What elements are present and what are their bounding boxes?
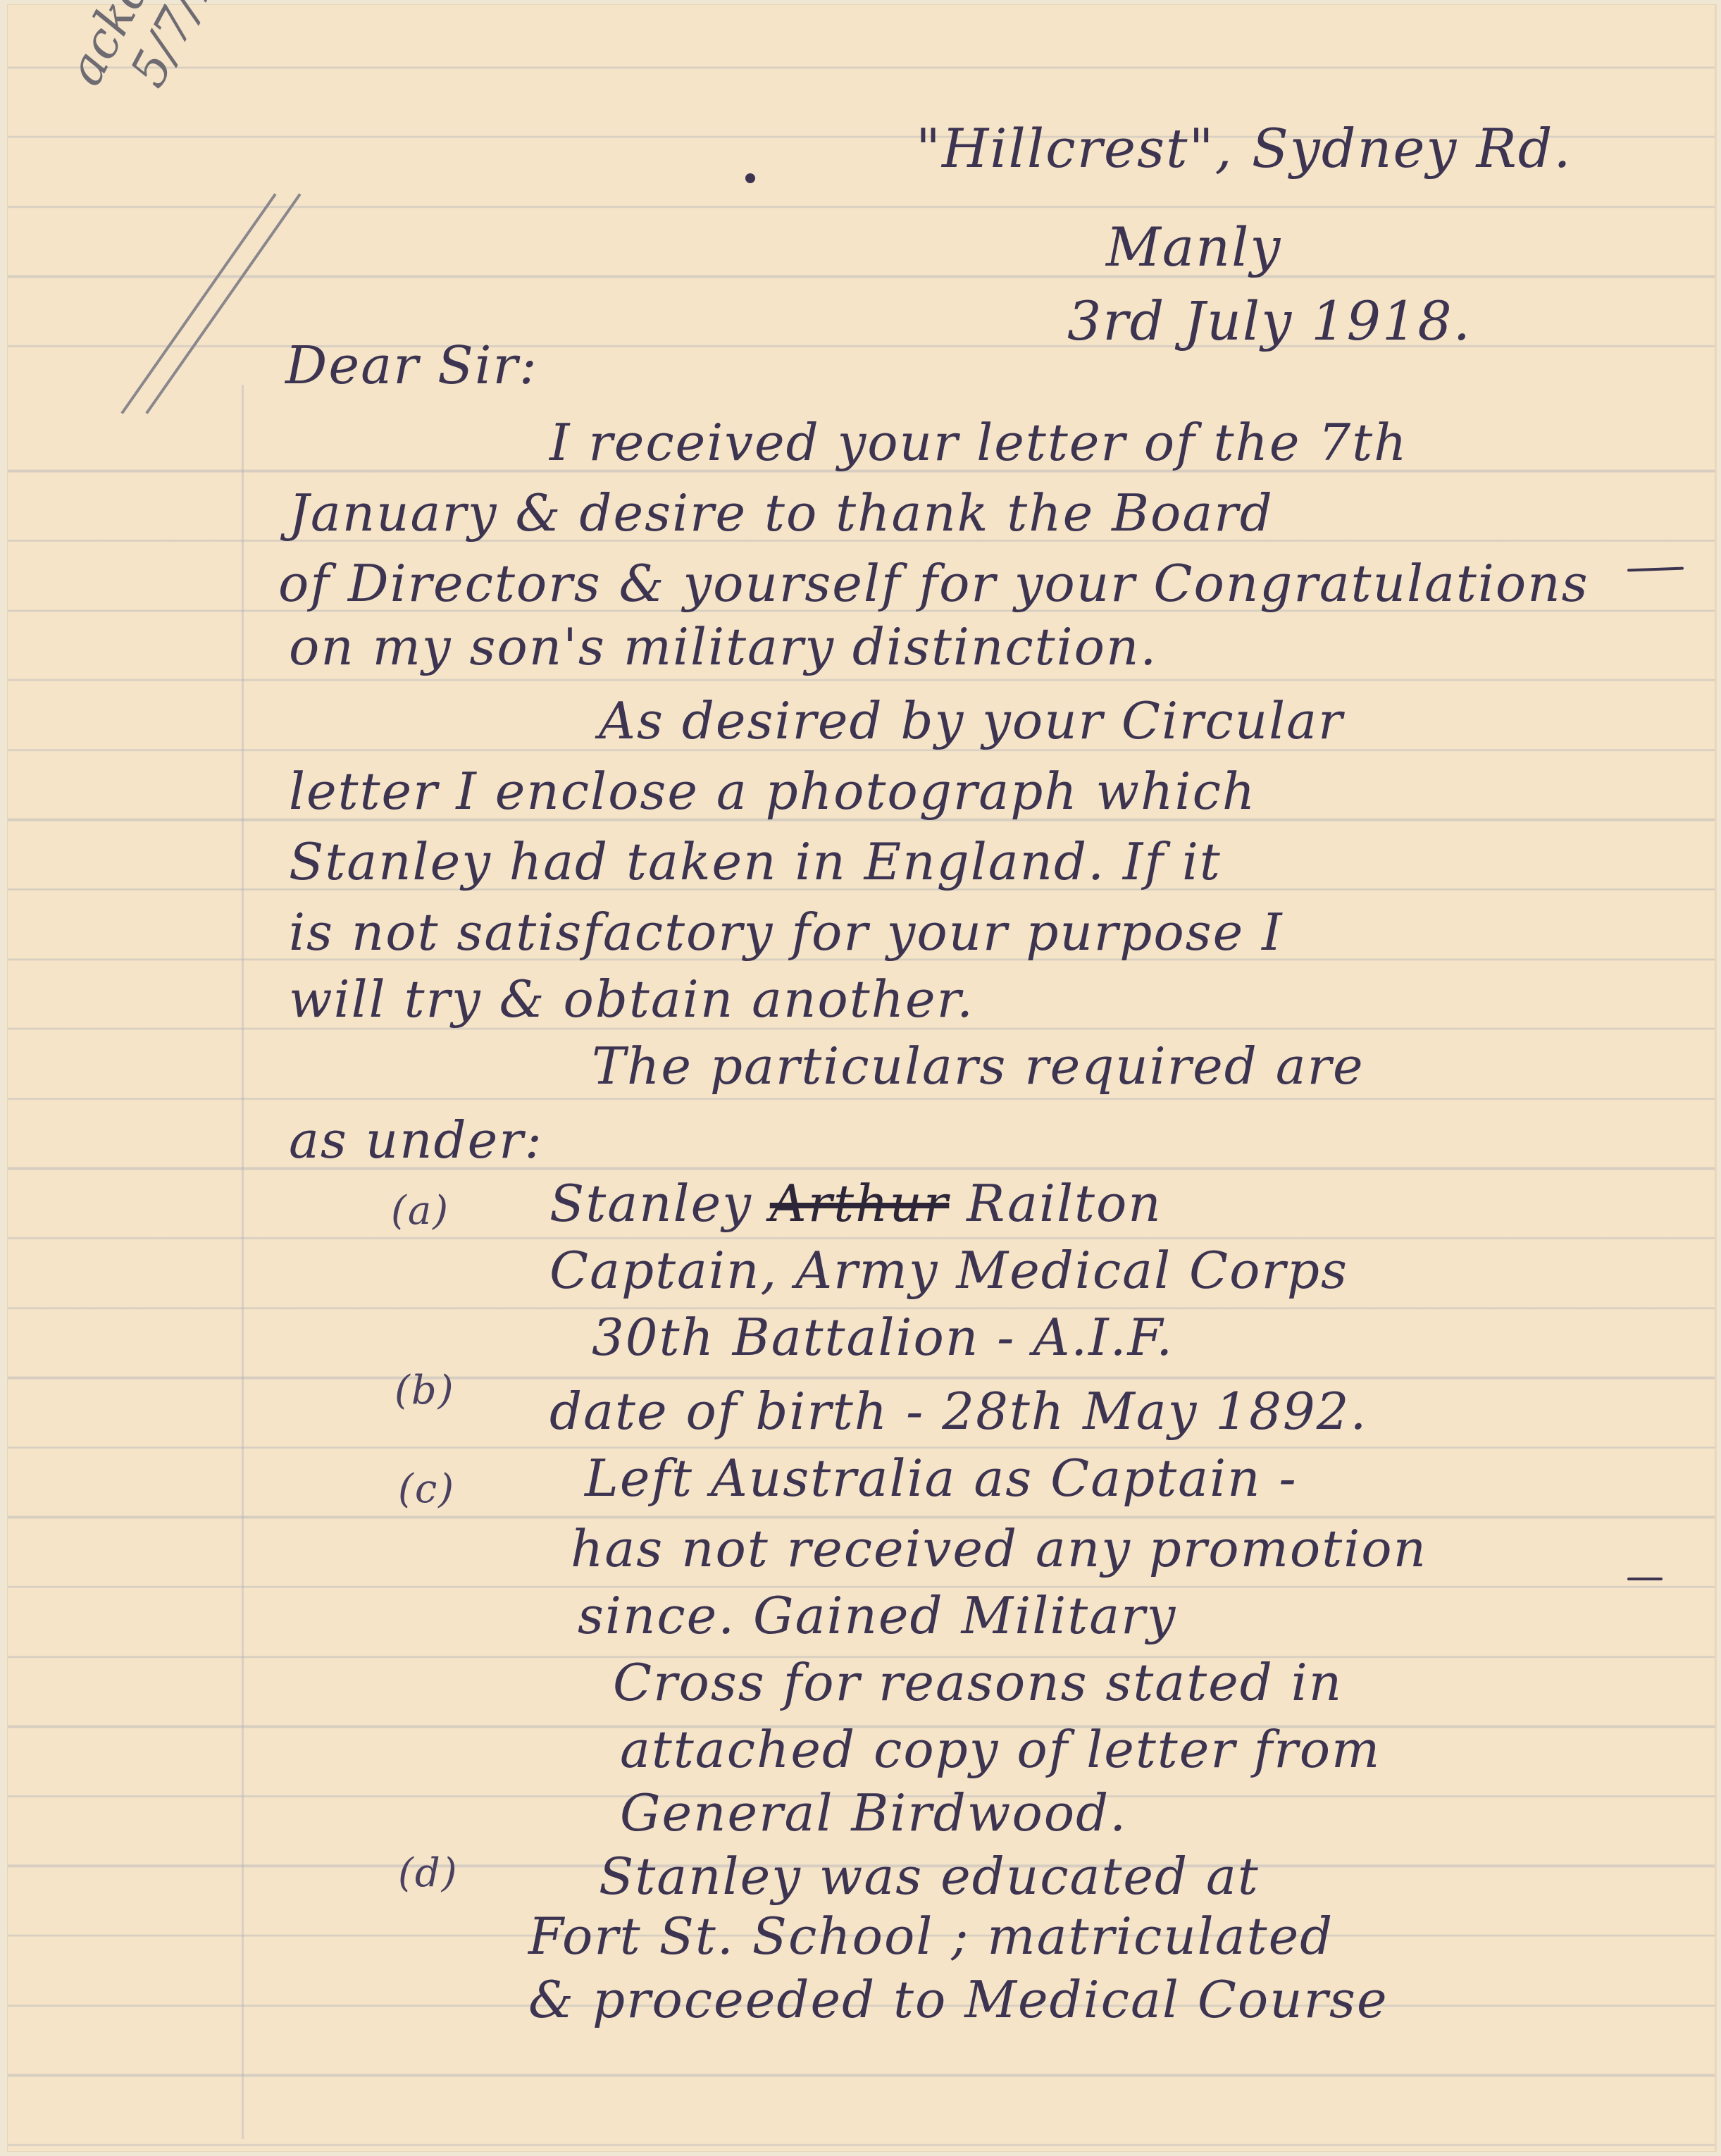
particular-line: Left Australia as Captain - <box>585 1449 1298 1508</box>
body-line: is not satisfactory for your purpose I <box>289 903 1284 962</box>
list-marker: (d) <box>398 1850 459 1896</box>
particular-name: Stanley Arthur Railton <box>549 1174 1162 1233</box>
pencil-slash-mark <box>120 193 276 414</box>
letter-sheet: ackd 5/7/18 "Hillcrest", Sydney Rd. Manl… <box>7 4 1715 2152</box>
body-line: on my son's military distinction. <box>289 617 1157 676</box>
body-line: letter I enclose a photograph which <box>289 762 1256 821</box>
acknowledgement-annotation: ackd 5/7/18 <box>56 0 244 120</box>
body-line: as under: <box>289 1110 543 1170</box>
particular-line: has not received any promotion <box>571 1519 1427 1578</box>
particular-line: 30th Battalion - A.I.F. <box>592 1308 1174 1367</box>
particular-line: Cross for reasons stated in <box>613 1653 1343 1712</box>
particular-line: Fort St. School ; matriculated <box>528 1907 1334 1966</box>
particular-line: & proceeded to Medical Course <box>528 1970 1388 2029</box>
body-line: Stanley had taken in England. If it <box>289 832 1222 891</box>
list-marker: (a) <box>391 1188 449 1234</box>
ink-edge-mark <box>1627 1578 1663 1580</box>
particular-line: date of birth - 28th May 1892. <box>549 1382 1367 1441</box>
letter-date: 3rd July 1918. <box>1067 290 1472 352</box>
particular-line: Captain, Army Medical Corps <box>549 1241 1348 1300</box>
particular-line: attached copy of letter from <box>620 1720 1381 1779</box>
address-line-2: Manly <box>1106 216 1281 278</box>
particular-line: General Birdwood. <box>620 1783 1127 1842</box>
name-struck-out: Arthur <box>770 1174 950 1233</box>
body-line: The particulars required are <box>592 1036 1365 1096</box>
margin-rule <box>242 385 244 2139</box>
body-line: will try & obtain another. <box>289 969 974 1029</box>
name-first: Stanley <box>549 1174 752 1233</box>
particular-line: Stanley was educated at <box>599 1847 1260 1906</box>
name-last: Railton <box>967 1174 1162 1233</box>
list-marker: (b) <box>394 1368 455 1413</box>
address-line-1: "Hillcrest", Sydney Rd. <box>916 117 1572 180</box>
pencil-slash-mark <box>145 193 301 414</box>
particular-line: since. Gained Military <box>578 1586 1176 1645</box>
ink-edge-mark <box>1627 567 1684 572</box>
ink-dot <box>745 173 755 183</box>
salutation: Dear Sir: <box>285 335 538 396</box>
body-line: of Directors & yourself for your Congrat… <box>278 554 1589 613</box>
body-line: January & desire to thank the Board <box>289 483 1274 543</box>
body-line: As desired by your Circular <box>599 691 1343 750</box>
body-line: I received your letter of the 7th <box>549 413 1408 472</box>
list-marker: (c) <box>398 1466 455 1512</box>
